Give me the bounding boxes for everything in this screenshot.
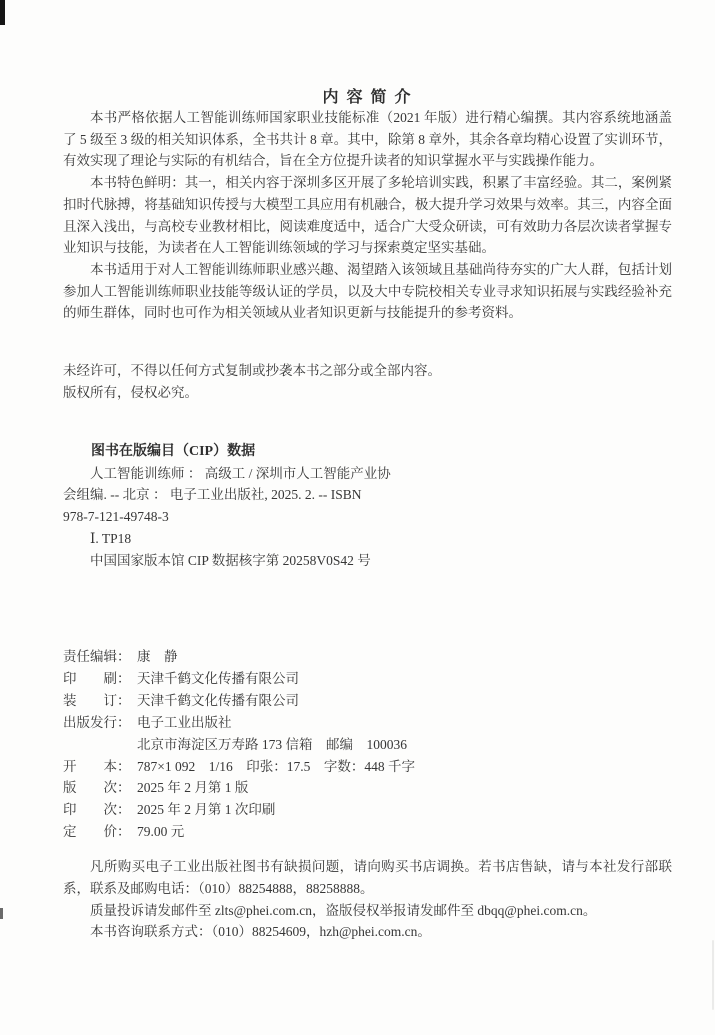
colophon-label: 版 次：: [63, 777, 137, 799]
colophon-row-format: 开 本：787×1 092 1/16 印张：17.5 字数：448 千字: [63, 756, 672, 778]
colophon-section: 责任编辑：康 静 印 刷：天津千鹤文化传播有限公司 装 订：天津千鹤文化传播有限…: [63, 646, 672, 843]
license-line: 未经许可，不得以任何方式复制或抄袭本书之部分或全部内容。: [63, 360, 672, 382]
colophon-label: 责任编辑：: [63, 646, 137, 668]
colophon-row-address: 北京市海淀区万寿路 173 信箱 邮编 100036: [63, 734, 672, 756]
colophon-value: 北京市海淀区万寿路 173 信箱 邮编 100036: [137, 737, 407, 752]
cip-line: 人工智能训练师 ： 高级工 / 深圳市人工智能产业协: [63, 463, 672, 485]
colophon-value: 79.00 元: [137, 824, 184, 839]
colophon-label: 装 订：: [63, 690, 137, 712]
colophon-label: 出版发行：: [63, 712, 137, 734]
note-paragraph-contact: 本书咨询联系方式：（010）88254609，hzh@phei.com.cn。: [63, 921, 672, 943]
colophon-value: 2025 年 2 月第 1 版: [137, 780, 248, 795]
summary-paragraph: 本书严格依据人工智能训练师国家职业技能标准（2021 年版）进行精心编撰。其内容…: [63, 107, 672, 172]
notes-section: 凡所购买电子工业出版社图书有缺损问题，请向购买书店调换。若书店售缺，请与本社发行…: [63, 856, 672, 943]
colophon-value: 2025 年 2 月第 1 次印刷: [137, 802, 275, 817]
colophon-label: 定 价：: [63, 821, 137, 843]
colophon-row-publisher: 出版发行：电子工业出版社: [63, 712, 672, 734]
summary-paragraph: 本书适用于对人工智能训练师职业感兴趣、渴望踏入该领域且基础尚待夯实的广大人群，包…: [63, 259, 672, 324]
colophon-row-printer: 印 刷：天津千鹤文化传播有限公司: [63, 668, 672, 690]
summary-section: 本书严格依据人工智能训练师国家职业技能标准（2021 年版）进行精心编撰。其内容…: [63, 107, 672, 324]
book-copyright-page: 内 容 简 介 本书严格依据人工智能训练师国家职业技能标准（2021 年版）进行…: [0, 0, 715, 1035]
colophon-label: 开 本：: [63, 756, 137, 778]
scan-artifact-top-left: [0, 0, 5, 25]
license-line: 版权所有，侵权必究。: [63, 382, 672, 404]
colophon-row-editor: 责任编辑：康 静: [63, 646, 672, 668]
cip-heading: 图书在版编目（CIP）数据: [63, 441, 672, 463]
colophon-label: 印 刷：: [63, 668, 137, 690]
colophon-value: 康 静: [137, 649, 178, 664]
colophon-value: 787×1 092 1/16 印张：17.5 字数：448 千字: [137, 759, 415, 774]
colophon-value: 天津千鹤文化传播有限公司: [137, 671, 299, 686]
note-paragraph-complaints: 质量投诉请发邮件至 zlts@phei.com.cn，盗版侵权举报请发邮件至 d…: [63, 900, 672, 922]
colophon-row-binder: 装 订：天津千鹤文化传播有限公司: [63, 690, 672, 712]
scan-artifact-right-edge: [712, 940, 714, 1010]
colophon-row-impression: 印 次：2025 年 2 月第 1 次印刷: [63, 799, 672, 821]
cip-section: 图书在版编目（CIP）数据 人工智能训练师 ： 高级工 / 深圳市人工智能产业协…: [63, 441, 672, 571]
colophon-row-price: 定 价：79.00 元: [63, 821, 672, 843]
colophon-value: 天津千鹤文化传播有限公司: [137, 693, 299, 708]
cip-line: 978-7-121-49748-3: [63, 506, 672, 528]
note-paragraph-returns: 凡所购买电子工业出版社图书有缺损问题，请向购买书店调换。若书店售缺，请与本社发行…: [63, 856, 672, 900]
license-section: 未经许可，不得以任何方式复制或抄袭本书之部分或全部内容。 版权所有，侵权必究。: [63, 360, 672, 403]
cip-line: 中国国家版本馆 CIP 数据核字第 20258V0S42 号: [63, 550, 672, 572]
colophon-label: 印 次：: [63, 799, 137, 821]
page-title: 内 容 简 介: [63, 84, 672, 107]
colophon-value: 电子工业出版社: [137, 715, 232, 730]
cip-line: Ⅰ. TP18: [63, 528, 672, 550]
scan-artifact-left-edge: [0, 908, 3, 919]
cip-line: 会组编. -- 北京 ： 电子工业出版社, 2025. 2. -- ISBN: [63, 484, 672, 506]
summary-paragraph: 本书特色鲜明：其一，相关内容于深圳多区开展了多轮培训实践，积累了丰富经验。其二，…: [63, 172, 672, 259]
colophon-row-edition: 版 次：2025 年 2 月第 1 版: [63, 777, 672, 799]
